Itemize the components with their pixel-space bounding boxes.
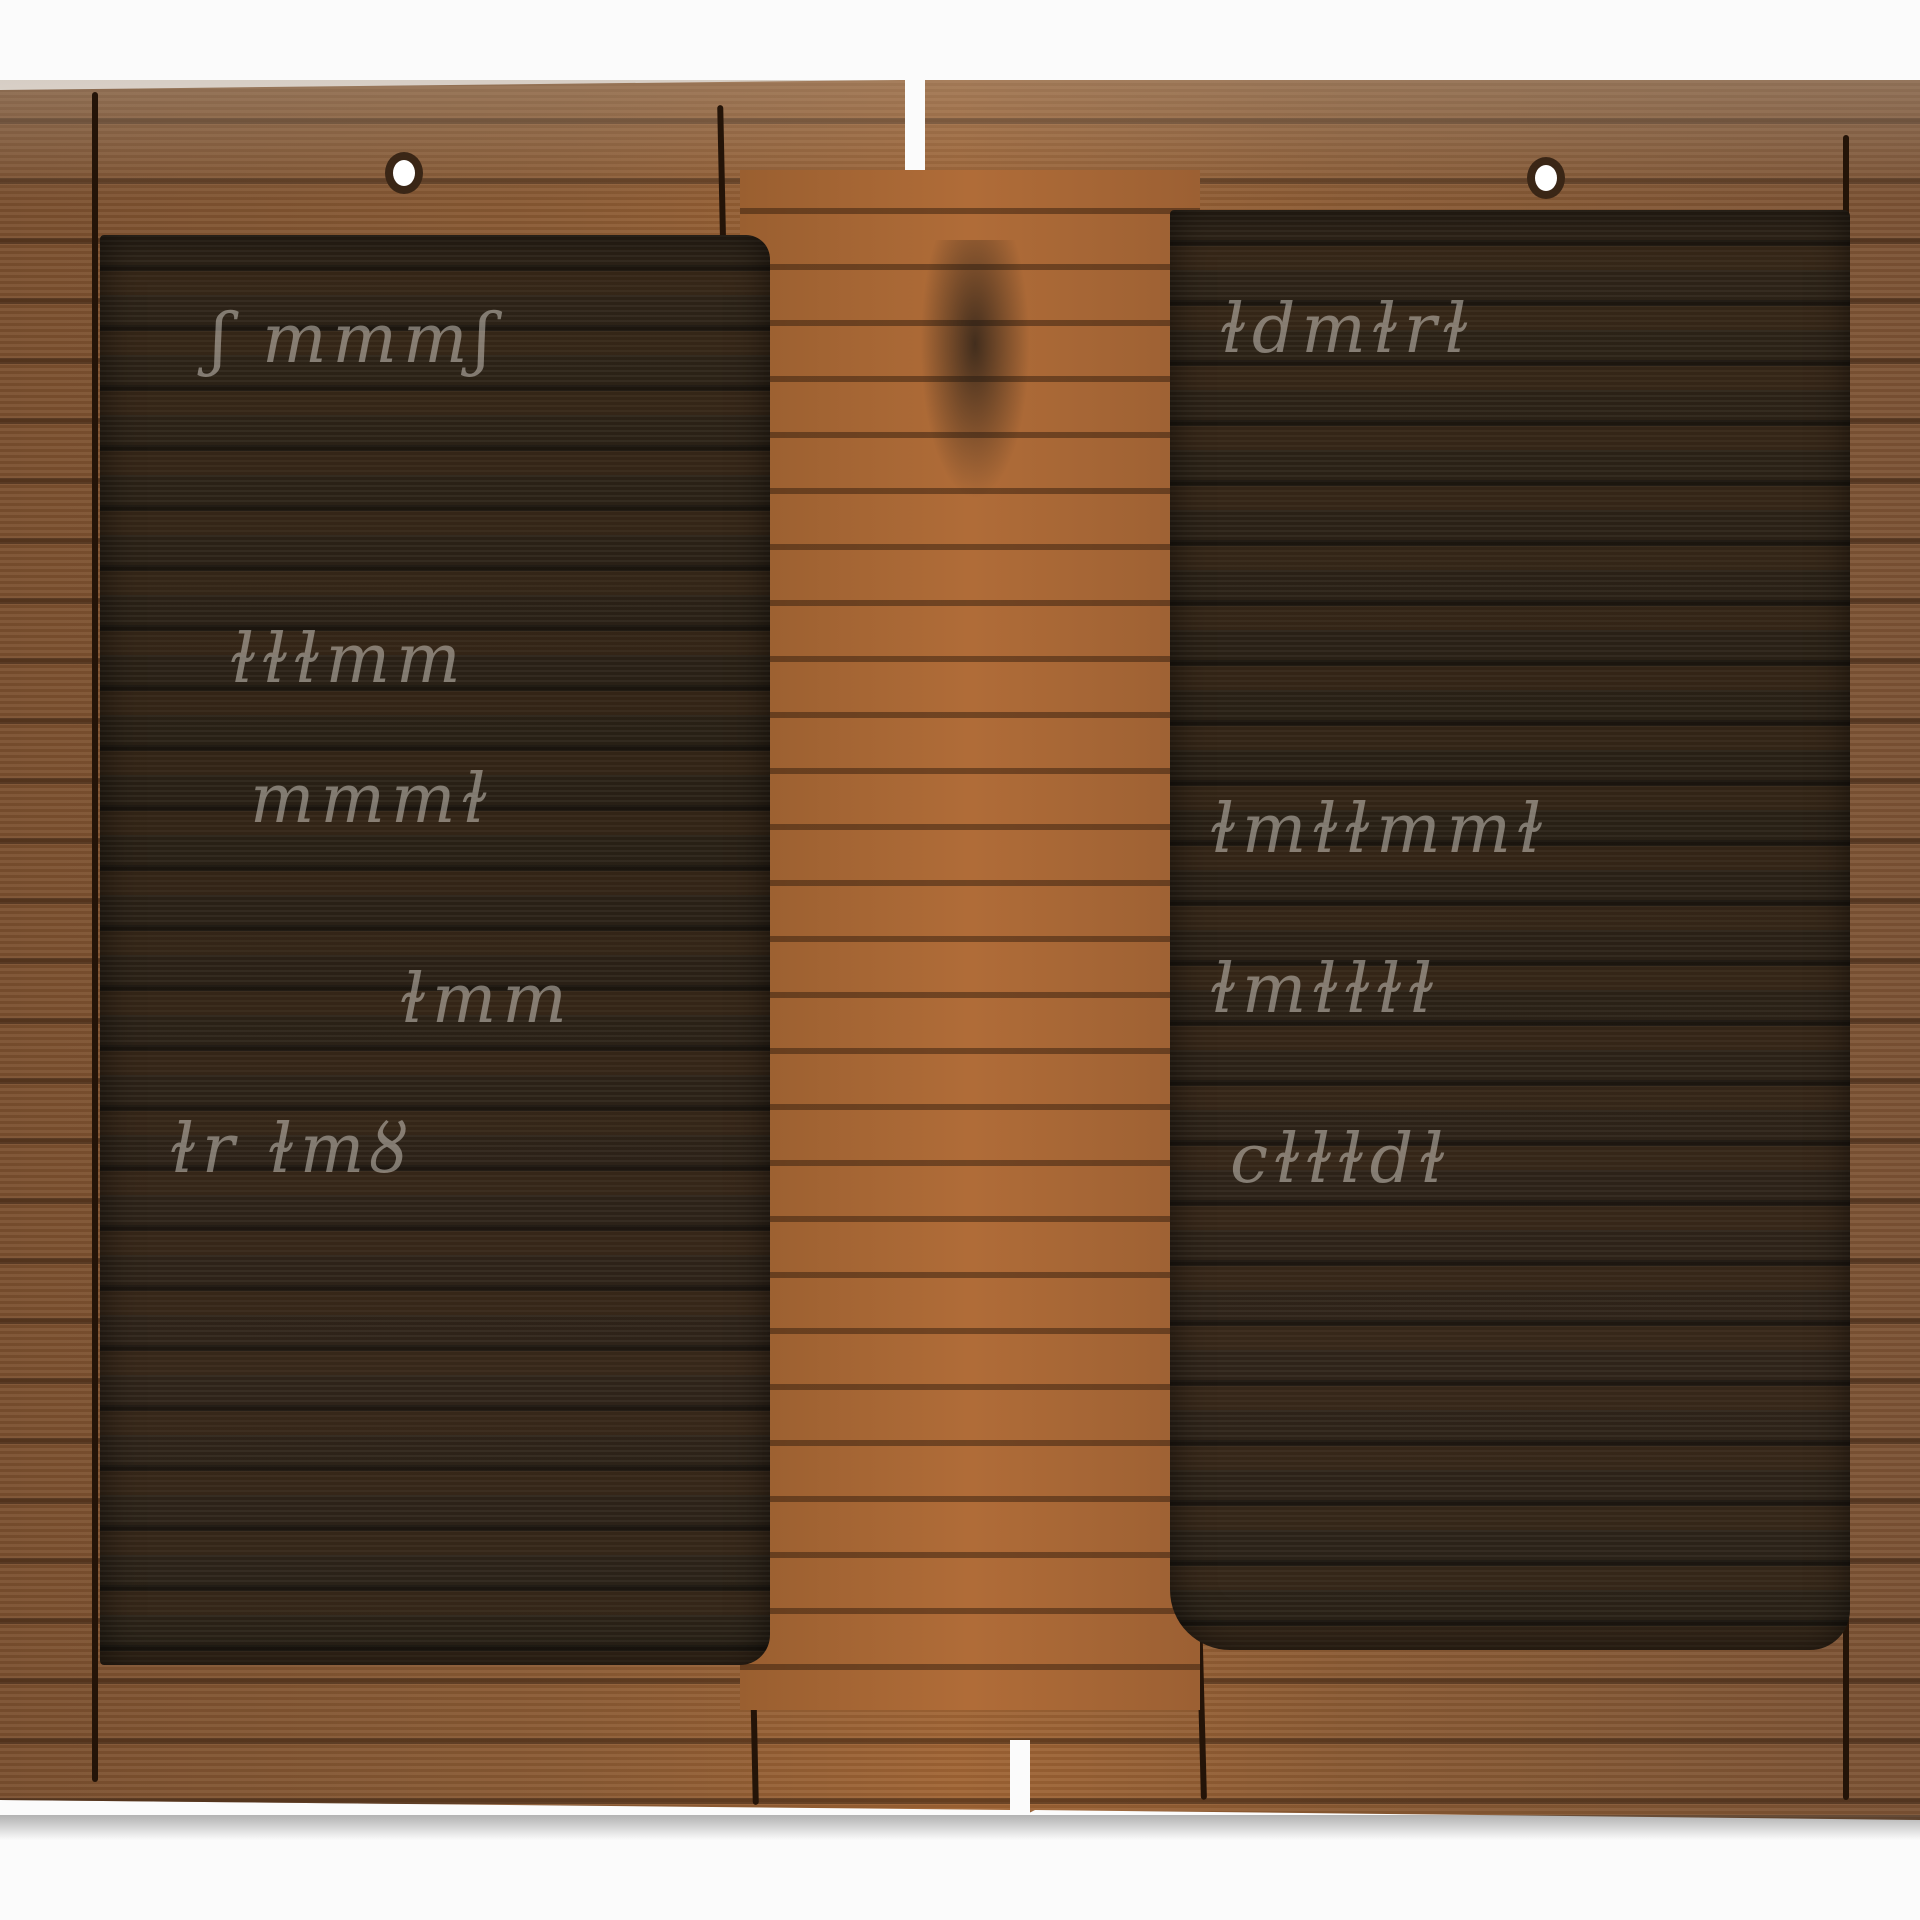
left-outer-groove — [92, 92, 98, 1782]
binding-hole-left — [393, 160, 415, 186]
bottom-notch — [1010, 1740, 1030, 1820]
incised-line: ɫmɫɫɫɫ — [1210, 950, 1440, 1029]
incised-line: ɫɫɫmm — [230, 620, 467, 699]
incised-line: cɫɫɫdɫ — [1230, 1120, 1451, 1199]
incised-line: ɫr ɫmȣ — [170, 1110, 414, 1189]
right-writing-panel — [1170, 210, 1850, 1650]
binding-hole-right — [1535, 165, 1557, 191]
incised-line: ʃ mmmʃ — [210, 300, 498, 379]
top-notch — [905, 75, 925, 170]
left-writing-panel — [100, 235, 770, 1665]
center-stain — [920, 240, 1030, 500]
tablet-shadow — [0, 1815, 1920, 1840]
incised-line: mmmɫ — [250, 760, 493, 839]
incised-line: ɫmm — [400, 960, 573, 1039]
incised-line: ɫmɫɫmmɫ — [1210, 790, 1549, 869]
incised-line: ɫdmɫrɫ — [1220, 290, 1474, 369]
